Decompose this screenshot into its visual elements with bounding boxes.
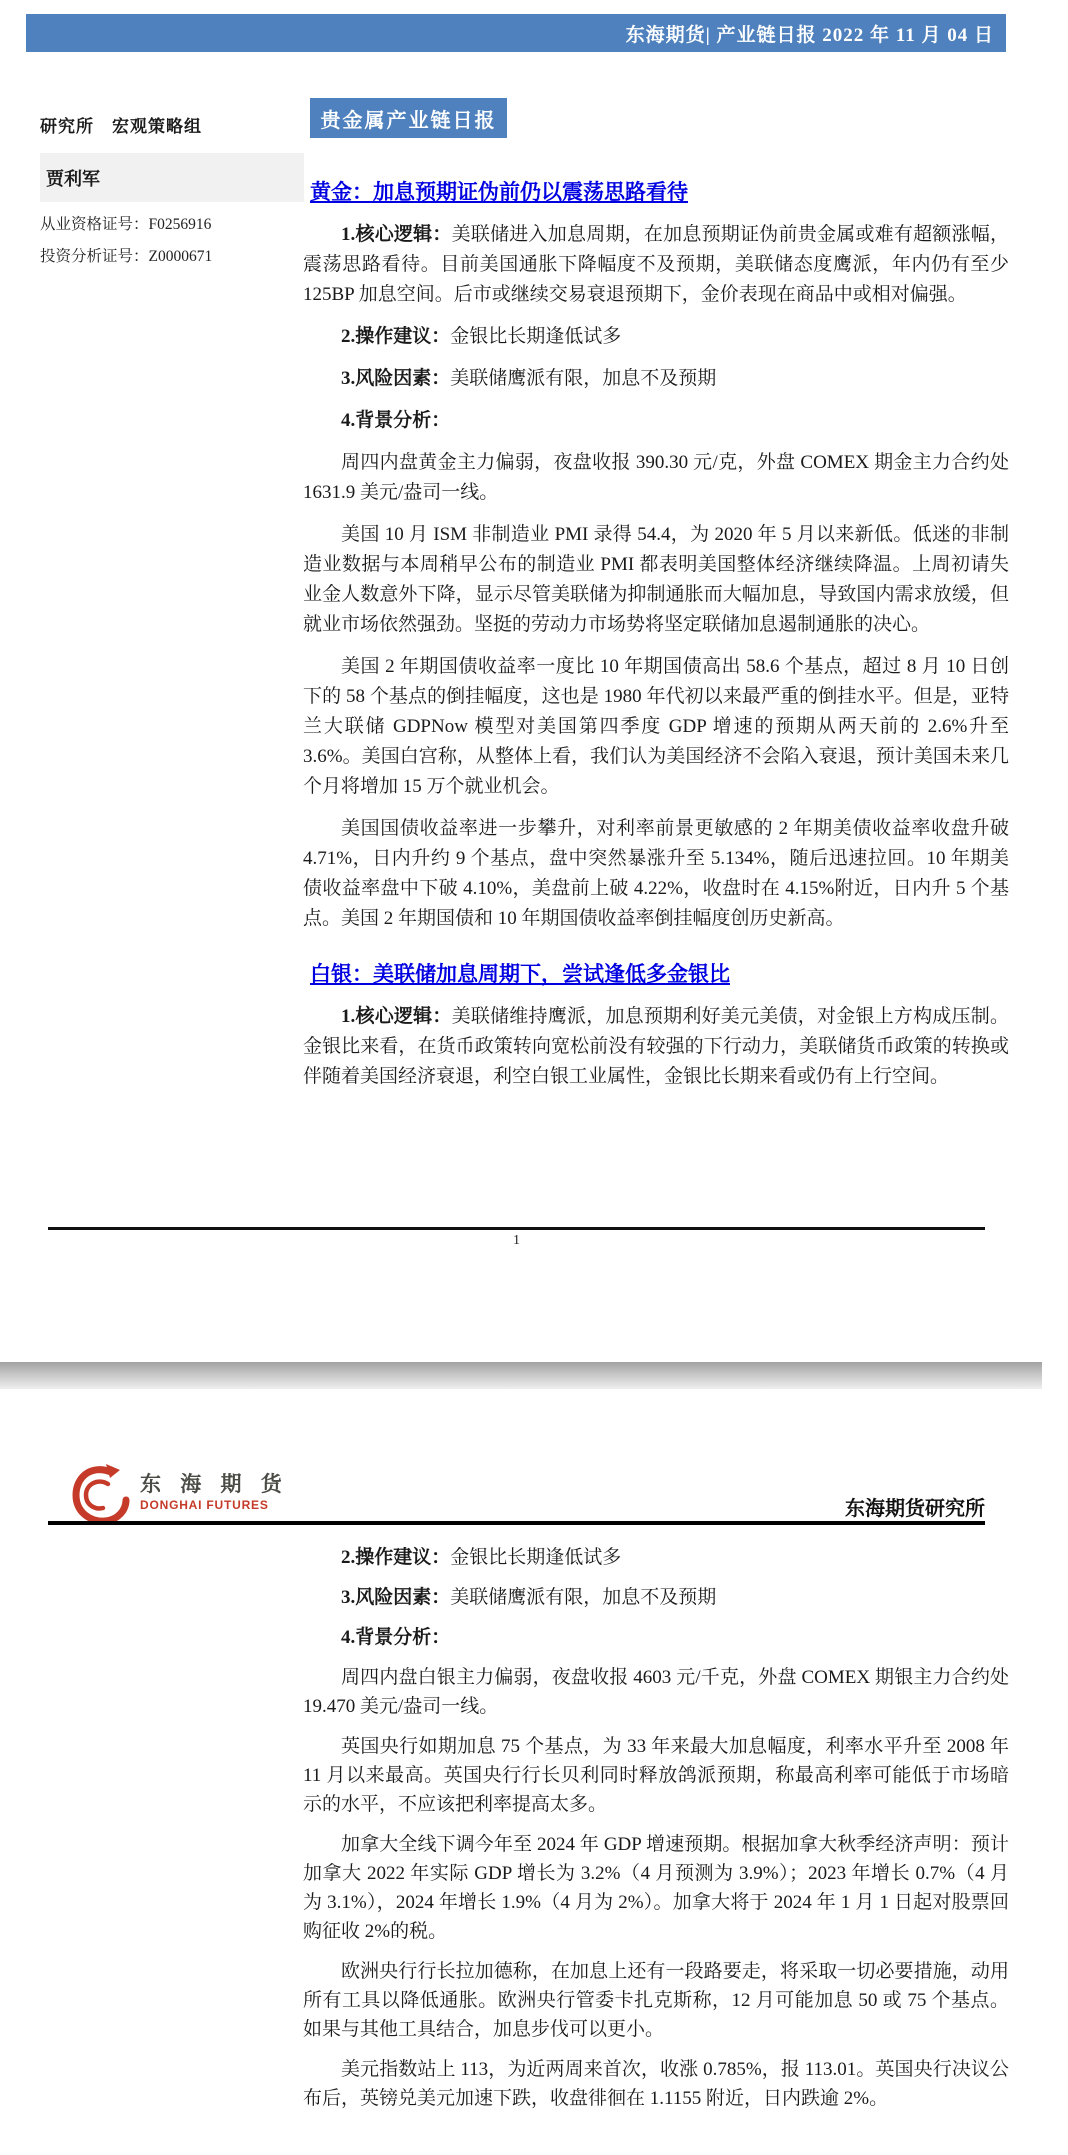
paragraph: 美国 2 年期国债收益率一度比 10 年期国债高出 58.6 个基点，超过 8 … xyxy=(303,652,1009,802)
silver-advice-text: 金银比长期逢低试多 xyxy=(450,1547,621,1568)
report-header-title: 东海期货| 产业链日报 2022 年 11 月 04 日 xyxy=(626,20,994,47)
silver-core-logic-label: 1.核心逻辑： xyxy=(341,1006,452,1027)
silver-section-title: 白银：美联储加息周期下，尝试逢低多金银比 xyxy=(310,960,1009,988)
paragraph: 欧洲央行行长拉加德称，在加息上还有一段路要走，将采取一切必要措施，动用所有工具以… xyxy=(303,1957,1009,2044)
investment-cert-number: 投资分析证号：Z0000671 xyxy=(40,244,304,266)
report-page-2: 东 海 期 货 DONGHAI FUTURES 东海期货研究所 2.操作建议：金… xyxy=(0,1389,1068,2155)
research-institute-label: 东海期货研究所 xyxy=(845,1492,985,1521)
gold-risk-item: 3.风险因素：美联储鹰派有限，加息不及预期 xyxy=(303,364,1009,394)
paragraph: 美元指数站上 113，为近两周来首次，收涨 0.785%，报 113.01。英国… xyxy=(303,2055,1009,2113)
gold-background-item: 4.背景分析： xyxy=(303,406,1009,436)
letterhead-rule xyxy=(48,1521,985,1525)
practice-cert-number: 从业资格证号：F0256916 xyxy=(40,212,304,234)
silver-core-logic-item: 1.核心逻辑：美联储维持鹰派，加息预期利好美元美债，对金银上方构成压制。金银比来… xyxy=(303,1002,1009,1092)
paragraph: 加拿大全线下调今年至 2024 年 GDP 增速预期。根据加拿大秋季经济声明：预… xyxy=(303,1830,1009,1946)
analyst-sidebar: 研究所 宏观策略组 贾利军 从业资格证号：F0256916 投资分析证号：Z00… xyxy=(40,112,304,266)
page-number: 1 xyxy=(48,1233,985,1249)
silver-risk-label: 3.风险因素： xyxy=(341,1587,450,1608)
donghai-logo-icon xyxy=(72,1462,130,1529)
category-badge: 贵金属产业链日报 xyxy=(310,98,507,138)
report-header-bar: 东海期货| 产业链日报 2022 年 11 月 04 日 xyxy=(26,14,1006,52)
silver-background-item: 4.背景分析： xyxy=(303,1623,1009,1652)
silver-advice-item: 2.操作建议：金银比长期逢低试多 xyxy=(303,1543,1009,1572)
report-page-1: 东海期货| 产业链日报 2022 年 11 月 04 日 研究所 宏观策略组 贾… xyxy=(0,0,1068,1362)
silver-risk-text: 美联储鹰派有限，加息不及预期 xyxy=(450,1587,716,1608)
paragraph: 美国 10 月 ISM 非制造业 PMI 录得 54.4，为 2020 年 5 … xyxy=(303,520,1009,640)
silver-background-label: 4.背景分析： xyxy=(341,1627,450,1648)
page1-footer-rule xyxy=(48,1227,985,1230)
gold-advice-item: 2.操作建议：金银比长期逢低试多 xyxy=(303,322,1009,352)
page2-main-column: 2.操作建议：金银比长期逢低试多 3.风险因素：美联储鹰派有限，加息不及预期 4… xyxy=(303,1543,1009,2124)
gold-background-label: 4.背景分析： xyxy=(341,410,450,431)
donghai-logo: 东 海 期 货 DONGHAI FUTURES xyxy=(72,1462,289,1529)
page-separator xyxy=(0,1362,1042,1389)
silver-advice-label: 2.操作建议： xyxy=(341,1547,450,1568)
logo-text-block: 东 海 期 货 DONGHAI FUTURES xyxy=(140,1472,289,1512)
gold-core-logic-label: 1.核心逻辑： xyxy=(341,224,452,245)
gold-risk-label: 3.风险因素： xyxy=(341,368,450,389)
page1-main-column: 黄金：加息预期证伪前仍以震荡思路看待 1.核心逻辑：美联储进入加息周期，在加息预… xyxy=(303,178,1009,1104)
silver-risk-item: 3.风险因素：美联储鹰派有限，加息不及预期 xyxy=(303,1583,1009,1612)
paragraph: 英国央行如期加息 75 个基点，为 33 年来最大加息幅度，利率水平升至 200… xyxy=(303,1732,1009,1819)
logo-name-cn: 东 海 期 货 xyxy=(140,1472,289,1496)
logo-name-en: DONGHAI FUTURES xyxy=(140,1498,289,1512)
department-label: 研究所 宏观策略组 xyxy=(40,112,304,137)
gold-risk-text: 美联储鹰派有限，加息不及预期 xyxy=(450,368,716,389)
paragraph: 周四内盘黄金主力偏弱，夜盘收报 390.30 元/克，外盘 COMEX 期金主力… xyxy=(303,448,1009,508)
gold-core-logic-item: 1.核心逻辑：美联储进入加息周期，在加息预期证伪前贵金属或难有超额涨幅，震荡思路… xyxy=(303,220,1009,310)
paragraph: 美国国债收益率进一步攀升，对利率前景更敏感的 2 年期美债收益率收盘升破 4.7… xyxy=(303,814,1009,934)
paragraph: 周四内盘白银主力偏弱，夜盘收报 4603 元/千克，外盘 COMEX 期银主力合… xyxy=(303,1663,1009,1721)
gold-advice-label: 2.操作建议： xyxy=(341,326,450,347)
analyst-name: 贾利军 xyxy=(40,153,304,202)
category-badge-label: 贵金属产业链日报 xyxy=(321,104,497,133)
gold-section-title: 黄金：加息预期证伪前仍以震荡思路看待 xyxy=(310,178,1009,206)
gold-advice-text: 金银比长期逢低试多 xyxy=(450,326,621,347)
